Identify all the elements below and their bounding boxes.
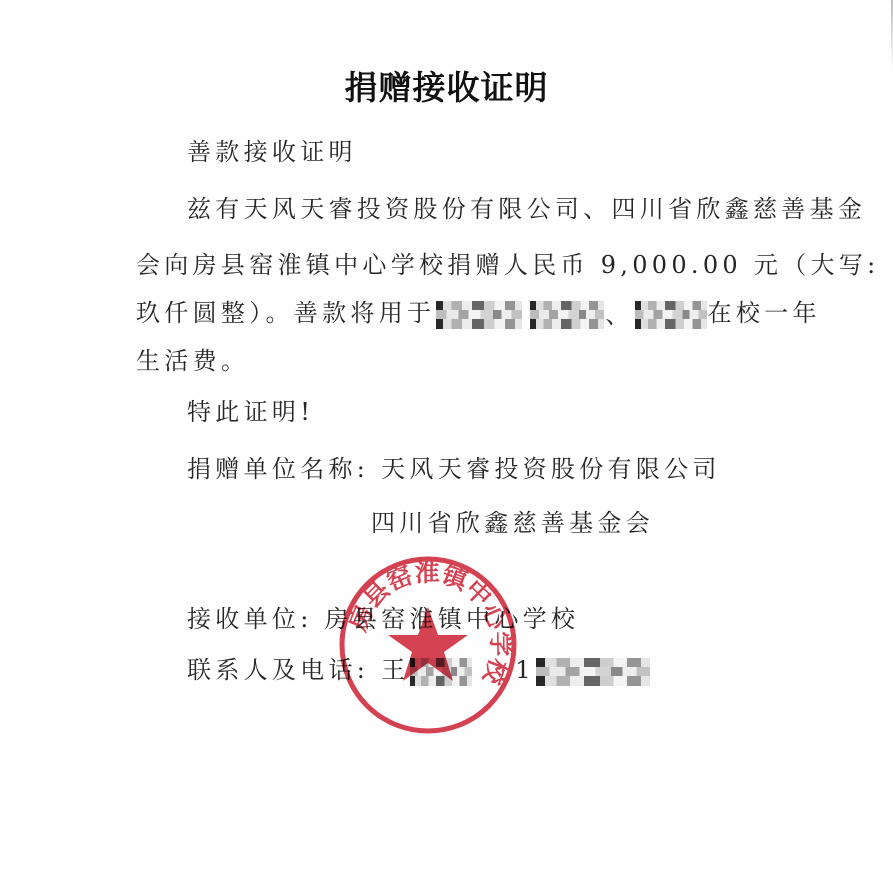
contact-label: 联系人及电话: xyxy=(187,656,369,684)
contact-name-visible: 王 xyxy=(381,656,409,684)
redacted-contact-name xyxy=(410,658,472,686)
recipient-label: 接收单位: xyxy=(187,605,313,633)
contact-row: 联系人及电话: 王 1 xyxy=(187,655,651,686)
redacted-student-name-2 xyxy=(530,301,604,329)
body-line-3-suffix: 在校一年 xyxy=(708,299,821,327)
redacted-student-name-3 xyxy=(635,301,707,329)
redacted-student-name-1 xyxy=(436,301,522,329)
body-line-3-prefix: 玖仟圆整）。善款将用于 xyxy=(136,299,435,327)
official-seal: 房县窑淮镇中心学校 xyxy=(338,555,518,735)
contact-phone-visible: 1 xyxy=(515,656,535,684)
body-line-2: 会向房县窑淮镇中心学校捐赠人民币 9,000.00 元（大写: xyxy=(136,250,880,280)
donor-name-1: 天风天睿投资股份有限公司 xyxy=(381,455,721,483)
donor-name-2: 四川省欣鑫慈善基金会 xyxy=(371,508,654,538)
recipient-name: 房县窑淮镇中心学校 xyxy=(325,605,580,633)
subtitle: 善款接收证明 xyxy=(187,137,357,167)
seal-ring xyxy=(342,559,514,731)
body-line-3: 玖仟圆整）。善款将用于、在校一年 xyxy=(136,298,821,330)
closing-statement: 特此证明! xyxy=(187,397,314,427)
redacted-contact-phone xyxy=(536,658,650,686)
document-page: 捐赠接收证明 善款接收证明 兹有天风天睿投资股份有限公司、四川省欣鑫慈善基金 会… xyxy=(0,0,893,893)
body-line-4: 生活费。 xyxy=(136,346,249,376)
donor-row: 捐赠单位名称: 天风天睿投资股份有限公司 xyxy=(187,454,721,484)
body-line-1: 兹有天风天睿投资股份有限公司、四川省欣鑫慈善基金 xyxy=(187,194,866,224)
document-title: 捐赠接收证明 xyxy=(0,62,893,109)
donor-label: 捐赠单位名称: xyxy=(187,455,369,483)
recipient-row: 接收单位: 房县窑淮镇中心学校 xyxy=(187,604,579,634)
name-separator: 、 xyxy=(605,300,633,330)
